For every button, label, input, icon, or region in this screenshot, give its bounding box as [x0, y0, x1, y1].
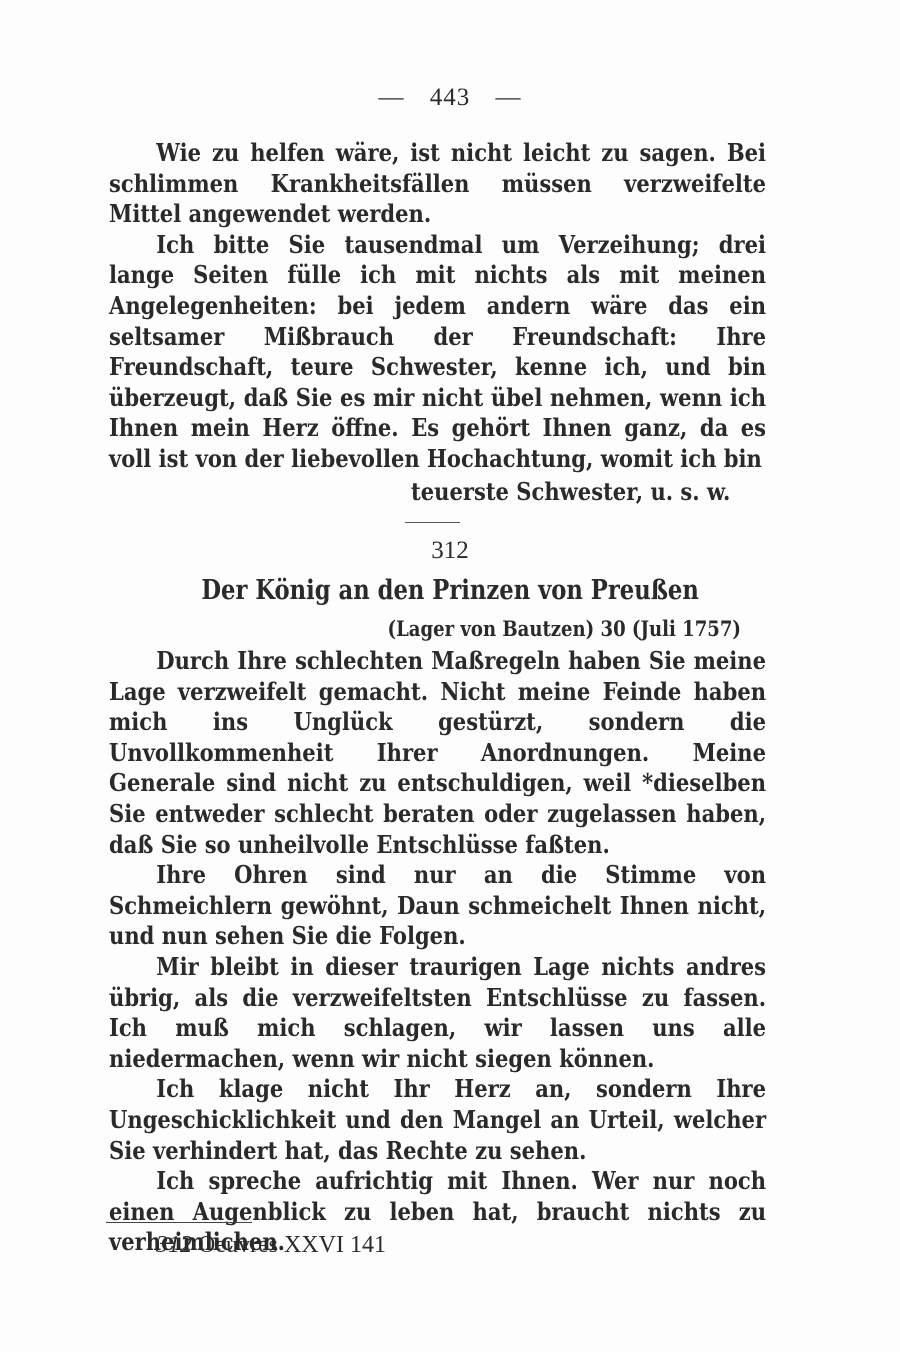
- letter-body: Durch Ihre schlechten Maßregeln haben Si…: [109, 646, 766, 1258]
- footnote-divider: [106, 1222, 252, 1223]
- page-number: — 443 —: [0, 84, 900, 112]
- letter-title: Der König an den Prinzen von Preußen: [0, 575, 900, 606]
- footnote-text: Oeuvres XXVI 141: [198, 1232, 386, 1258]
- letter-title-text: Der König an den Prinzen von Preußen: [201, 575, 698, 606]
- paragraph: Wie zu helfen wäre, ist nicht leicht zu …: [109, 138, 766, 230]
- footnote: 312 Oeuvres XXVI 141: [156, 1232, 386, 1259]
- paragraph: Ihre Ohren sind nur an die Stimme von Sc…: [109, 860, 766, 952]
- letter-closing: teuerste Schwester, u. s. w.: [411, 477, 730, 506]
- letter-dateline: (Lager von Bautzen) 30 (Juli 1757): [330, 616, 741, 641]
- section-divider: [405, 522, 460, 523]
- paragraph: Ich klage nicht Ihr Herz an, sondern Ihr…: [109, 1074, 766, 1166]
- letter-number: 312: [0, 537, 900, 565]
- footnote-ref-number: 312: [156, 1232, 192, 1258]
- paragraph: Mir bleibt in dieser traurigen Lage nich…: [109, 952, 766, 1074]
- paragraph: Durch Ihre schlechten Maßregeln haben Si…: [109, 646, 766, 860]
- previous-letter-body: Wie zu helfen wäre, ist nicht leicht zu …: [109, 138, 766, 475]
- letter-dateline-text: (Lager von Bautzen) 30 (Juli 1757): [388, 616, 741, 641]
- paragraph: Ich bitte Sie tausendmal um Verzeihung; …: [109, 230, 766, 475]
